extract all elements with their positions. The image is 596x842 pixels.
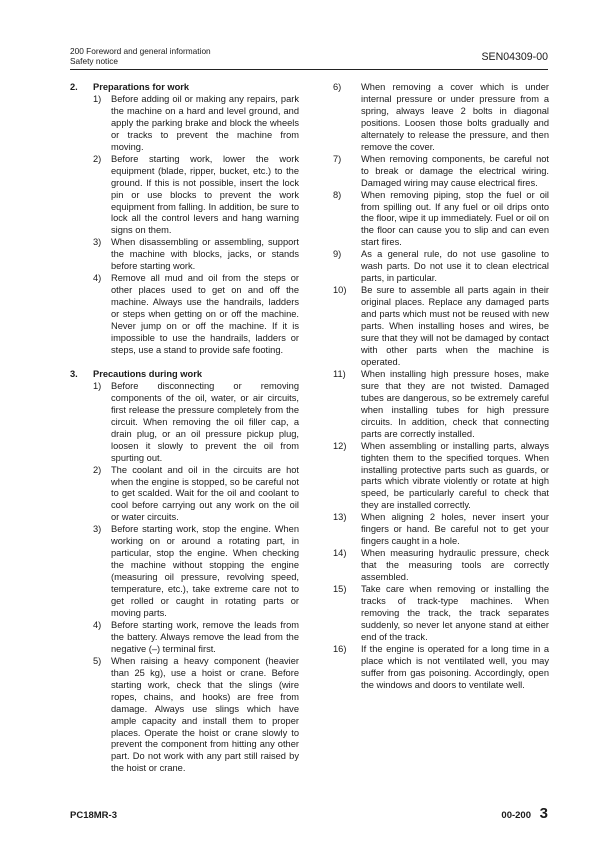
- list-item: 2)Before starting work, lower the work e…: [70, 154, 299, 238]
- list-item: 7)When removing components, be careful n…: [333, 154, 549, 190]
- section-precautions-during-work: 3. Precautions during work 1)Before disc…: [70, 369, 299, 775]
- item-number: 2): [93, 154, 101, 166]
- item-number: 9): [333, 249, 341, 261]
- item-text: If the engine is operated for a long tim…: [361, 644, 549, 690]
- item-number: 14): [333, 548, 346, 560]
- header-breadcrumb: 200 Foreword and general information Saf…: [70, 47, 211, 66]
- item-text: When removing piping, stop the fuel or o…: [361, 190, 549, 248]
- list-item: 1)Before adding oil or making any repair…: [70, 94, 299, 154]
- item-text: Before starting work, stop the engine. W…: [111, 524, 299, 618]
- item-list-continued: 6)When removing a cover which is under i…: [333, 82, 549, 692]
- list-item: 13)When aligning 2 holes, never insert y…: [333, 512, 549, 548]
- item-text: When measuring hydraulic pressure, check…: [361, 548, 549, 582]
- item-number: 11): [333, 369, 346, 381]
- item-text: As a general rule, do not use gasoline t…: [361, 249, 549, 283]
- item-text: When raising a heavy component (heavier …: [111, 656, 299, 774]
- item-text: When disassembling or assembling, suppor…: [111, 237, 299, 271]
- item-number: 1): [93, 94, 101, 106]
- item-number: 7): [333, 154, 341, 166]
- list-item: 4)Remove all mud and oil from the steps …: [70, 273, 299, 357]
- list-item: 11)When installing high pressure hoses, …: [333, 369, 549, 441]
- item-list: 1)Before disconnecting or removing compo…: [70, 381, 299, 775]
- list-item: 14)When measuring hydraulic pressure, ch…: [333, 548, 549, 584]
- item-number: 3): [93, 524, 101, 536]
- item-number: 3): [93, 237, 101, 249]
- item-number: 4): [93, 273, 101, 285]
- item-number: 12): [333, 441, 346, 453]
- item-number: 2): [93, 465, 101, 477]
- item-text: When removing a cover which is under int…: [361, 82, 549, 152]
- list-item: 8)When removing piping, stop the fuel or…: [333, 190, 549, 250]
- item-text: Before starting work, remove the leads f…: [111, 620, 299, 654]
- item-text: When assembling or installing parts, alw…: [361, 441, 549, 511]
- item-text: When aligning 2 holes, never insert your…: [361, 512, 549, 546]
- section-number: 3.: [70, 369, 78, 381]
- list-item: 6)When removing a cover which is under i…: [333, 82, 549, 154]
- list-item: 5)When raising a heavy component (heavie…: [70, 656, 299, 776]
- list-item: 16)If the engine is operated for a long …: [333, 644, 549, 692]
- item-list: 1)Before adding oil or making any repair…: [70, 94, 299, 357]
- item-number: 16): [333, 644, 346, 656]
- header-topic: Safety notice: [70, 57, 211, 67]
- list-item: 2)The coolant and oil in the circuits ar…: [70, 465, 299, 525]
- list-item: 15)Take care when removing or installing…: [333, 584, 549, 644]
- section-code: 00-200: [501, 810, 531, 821]
- document-code: SEN04309-00: [481, 51, 548, 63]
- list-item: 9)As a general rule, do not use gasoline…: [333, 249, 549, 285]
- item-text: When removing components, be careful not…: [361, 154, 549, 188]
- item-text: Remove all mud and oil from the steps or…: [111, 273, 299, 355]
- page-number: 3: [540, 805, 548, 822]
- list-item: 3)Before starting work, stop the engine.…: [70, 524, 299, 620]
- list-item: 1)Before disconnecting or removing compo…: [70, 381, 299, 465]
- item-number: 10): [333, 285, 346, 297]
- page-header: 200 Foreword and general information Saf…: [70, 45, 548, 70]
- section-title: Precautions during work: [93, 369, 202, 379]
- left-column: 2. Preparations for work 1)Before adding…: [70, 82, 299, 787]
- item-number: 5): [93, 656, 101, 668]
- section-heading: 3. Precautions during work: [70, 369, 299, 381]
- item-number: 13): [333, 512, 346, 524]
- item-text: When installing high pressure hoses, mak…: [361, 369, 549, 439]
- section-title: Preparations for work: [93, 82, 189, 92]
- section-number: 2.: [70, 82, 78, 94]
- section-heading: 2. Preparations for work: [70, 82, 299, 94]
- machine-model: PC18MR-3: [70, 810, 117, 821]
- item-number: 4): [93, 620, 101, 632]
- list-item: 4)Before starting work, remove the leads…: [70, 620, 299, 656]
- section-preparations-for-work: 2. Preparations for work 1)Before adding…: [70, 82, 299, 357]
- item-text: Be sure to assemble all parts again in t…: [361, 285, 549, 367]
- item-text: Before starting work, lower the work equ…: [111, 154, 299, 236]
- item-number: 15): [333, 584, 346, 596]
- item-text: Before disconnecting or removing compone…: [111, 381, 299, 463]
- item-text: Take care when removing or installing th…: [361, 584, 549, 642]
- list-item: 3)When disassembling or assembling, supp…: [70, 237, 299, 273]
- item-number: 6): [333, 82, 341, 94]
- right-column: 6)When removing a cover which is under i…: [333, 82, 549, 692]
- item-text: Before adding oil or making any repairs,…: [111, 94, 299, 152]
- page-footer: PC18MR-3 00-200 3: [70, 806, 548, 824]
- list-item: 12)When assembling or installing parts, …: [333, 441, 549, 513]
- item-number: 8): [333, 190, 341, 202]
- item-text: The coolant and oil in the circuits are …: [111, 465, 299, 523]
- list-item: 10)Be sure to assemble all parts again i…: [333, 285, 549, 369]
- item-number: 1): [93, 381, 101, 393]
